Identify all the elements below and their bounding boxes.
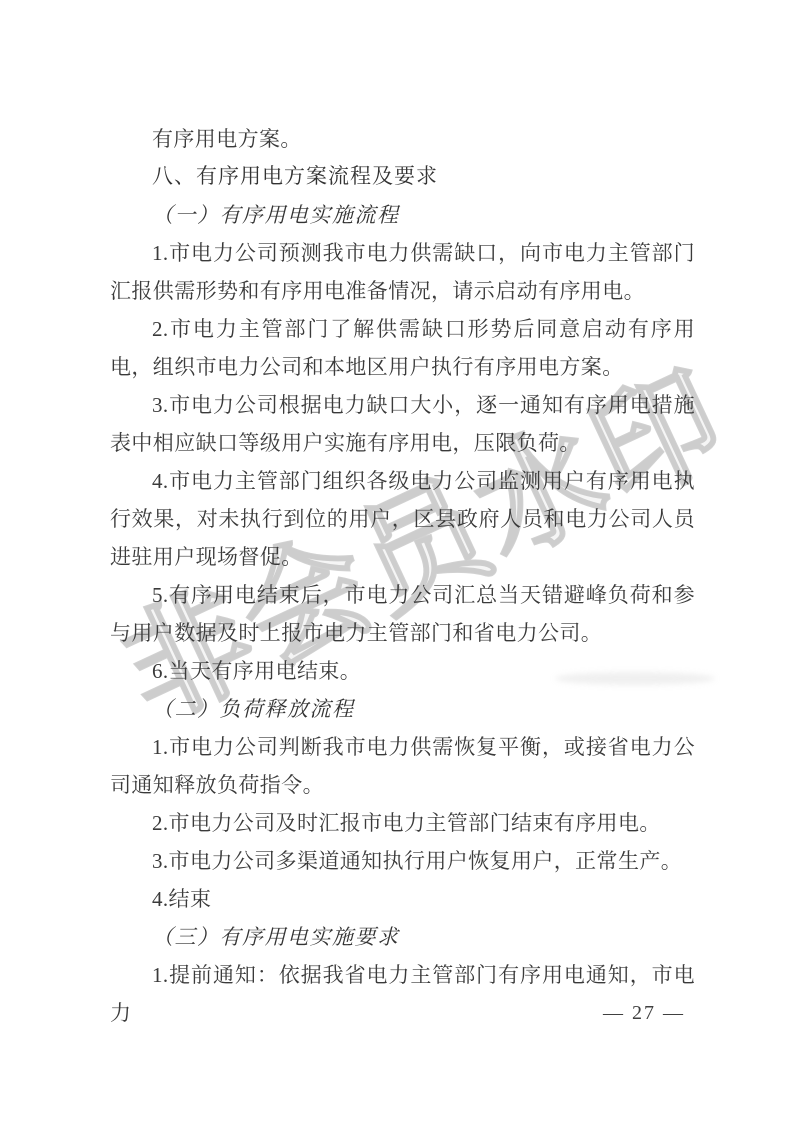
document-page: 非会员水印 有序用电方案。 八、有序用电方案流程及要求 （一）有序用电实施流程 …: [0, 0, 793, 1121]
document-content: 有序用电方案。 八、有序用电方案流程及要求 （一）有序用电实施流程 1.市电力公…: [110, 120, 695, 1032]
list-item: 3.市电力公司多渠道通知执行用户恢复用户，正常生产。: [110, 842, 695, 880]
list-item: 5.有序用电结束后，市电力公司汇总当天错避峰负荷和参与用户数据及时上报市电力主管…: [110, 576, 695, 652]
page-number: — 27 —: [603, 1002, 685, 1025]
list-item: 1.市电力公司预测我市电力供需缺口，向市电力主管部门汇报供需形势和有序用电准备情…: [110, 234, 695, 310]
subsection-title-load-release-flow: （二）负荷释放流程: [110, 690, 695, 728]
list-item: 6.当天有序用电结束。: [110, 652, 695, 690]
subsection-title-implementation-flow: （一）有序用电实施流程: [110, 196, 695, 234]
subsection-title-implementation-requirements: （三）有序用电实施要求: [110, 918, 695, 956]
section-heading: 八、有序用电方案流程及要求: [110, 158, 695, 196]
list-item: 3.市电力公司根据电力缺口大小，逐一通知有序用电措施表中相应缺口等级用户实施有序…: [110, 386, 695, 462]
list-item: 4.市电力主管部门组织各级电力公司监测用户有序用电执行效果，对未执行到位的用户，…: [110, 462, 695, 576]
list-item: 4.结束: [110, 880, 695, 918]
list-item: 1.市电力公司判断我市电力供需恢复平衡，或接省电力公司通知释放负荷指令。: [110, 728, 695, 804]
list-item: 2.市电力主管部门了解供需缺口形势后同意启动有序用电，组织市电力公司和本地区用户…: [110, 310, 695, 386]
paragraph-intro: 有序用电方案。: [110, 120, 695, 158]
list-item: 2.市电力公司及时汇报市电力主管部门结束有序用电。: [110, 804, 695, 842]
